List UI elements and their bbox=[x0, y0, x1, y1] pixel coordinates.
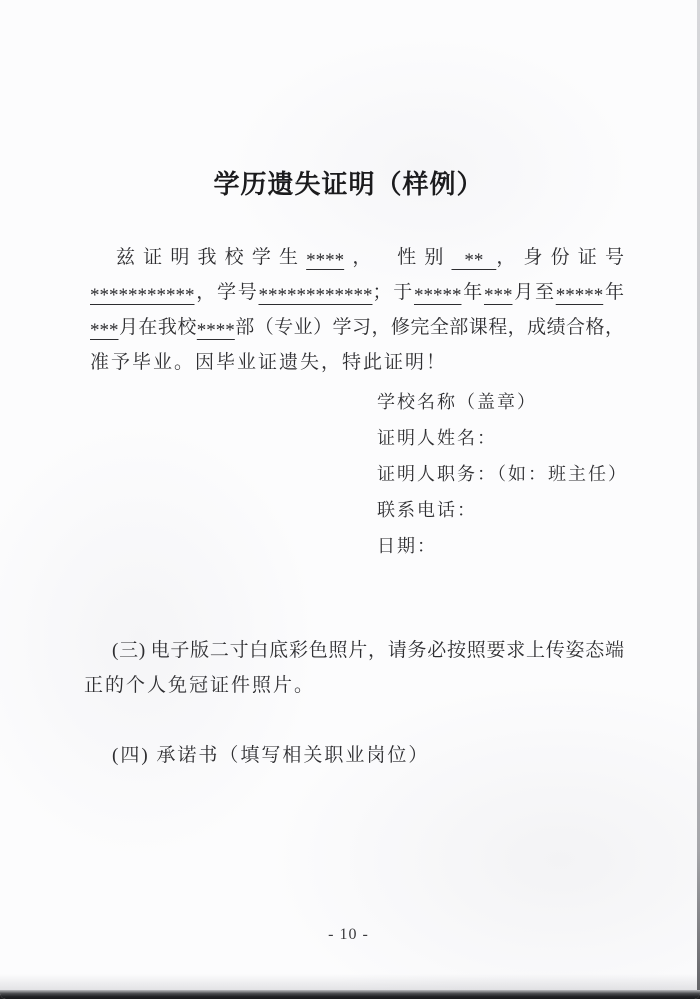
note-photo-requirement: (三) 电子版二寸白底彩色照片，请务必按照要求上传姿态端正的个人免冠证件照片。 bbox=[84, 633, 624, 703]
text-segment: 月在我校 bbox=[119, 317, 197, 338]
scan-shadow-bottom bbox=[0, 974, 700, 990]
text-segment: 月至 bbox=[512, 282, 555, 303]
text-segment: ；于 bbox=[372, 282, 414, 303]
text-segment: 部（专业）学习，修完全部课程，成绩合格， bbox=[235, 317, 624, 338]
certificate-body-line: ***月在我校****部（专业）学习，修完全部课程，成绩合格， bbox=[90, 310, 624, 345]
note-commitment-letter: (四) 承诺书（填写相关职业岗位） bbox=[84, 738, 624, 773]
document-title: 学历遗失证明（样例） bbox=[0, 164, 697, 201]
scanned-page: 学历遗失证明（样例） 兹证明我校学生****， 性别 ** ，身份证号*****… bbox=[0, 0, 700, 999]
note-photo-requirement-line: (三) 电子版二寸白底彩色照片，请务必按照要求上传姿态端 bbox=[84, 633, 624, 668]
scan-edge-bottom bbox=[0, 990, 700, 999]
signature-block-line: 日期： bbox=[377, 528, 628, 564]
underlined-blank: *** bbox=[484, 285, 513, 306]
text-segment: 证明人职务：（如：班主任） bbox=[377, 464, 628, 484]
page-number: - 10 - bbox=[0, 926, 697, 944]
text-segment: 年 bbox=[603, 282, 624, 303]
signature-block-line: 学校名称（盖章） bbox=[377, 384, 628, 420]
text-segment: (三) 电子版二寸白底彩色照片，请务必按照要求上传姿态端 bbox=[112, 640, 624, 661]
signature-block-line: 证明人职务：（如：班主任） bbox=[377, 456, 628, 492]
text-segment: 准予毕业。因毕业证遗失，特此证明！ bbox=[90, 352, 447, 373]
underlined-blank: ************ bbox=[258, 285, 372, 306]
underlined-blank: ***** bbox=[556, 285, 604, 306]
underlined-blank: *** bbox=[90, 320, 119, 341]
underlined-blank: *********** bbox=[90, 285, 195, 306]
signature-block-line: 联系电话： bbox=[377, 492, 628, 528]
text-segment: 兹证明我校学生 bbox=[116, 247, 306, 268]
certificate-body-line: 准予毕业。因毕业证遗失，特此证明！ bbox=[90, 345, 624, 380]
certificate-body: 兹证明我校学生****， 性别 ** ，身份证号***********，学号**… bbox=[90, 240, 624, 380]
note-photo-requirement-line: 正的个人免冠证件照片。 bbox=[84, 668, 624, 703]
certificate-body-line: 兹证明我校学生****， 性别 ** ，身份证号 bbox=[90, 240, 624, 275]
text-segment: 年 bbox=[461, 282, 484, 303]
certificate-body-line: ***********，学号************；于*****年***月至*… bbox=[90, 275, 624, 310]
underlined-blank: ***** bbox=[414, 285, 462, 306]
text-segment: ，身份证号 bbox=[496, 247, 624, 268]
note-commitment-letter-line: (四) 承诺书（填写相关职业岗位） bbox=[84, 738, 624, 773]
text-segment: 联系电话： bbox=[377, 500, 477, 520]
text-segment: 日期： bbox=[377, 536, 437, 556]
signature-block: 学校名称（盖章）证明人姓名：证明人职务：（如：班主任）联系电话：日期： bbox=[377, 384, 628, 564]
text-segment: 证明人姓名： bbox=[377, 428, 497, 448]
underlined-blank: ** bbox=[451, 250, 496, 271]
signature-block-line: 证明人姓名： bbox=[377, 420, 628, 456]
text-segment: 正的个人免冠证件照片。 bbox=[84, 675, 315, 696]
text-segment: (四) 承诺书（填写相关职业岗位） bbox=[112, 745, 429, 766]
text-segment: ，学号 bbox=[195, 282, 259, 303]
text-segment: ， 性别 bbox=[344, 247, 451, 268]
underlined-blank: **** bbox=[306, 250, 344, 271]
underlined-blank: **** bbox=[197, 320, 235, 341]
text-segment: 学校名称（盖章） bbox=[377, 392, 537, 412]
